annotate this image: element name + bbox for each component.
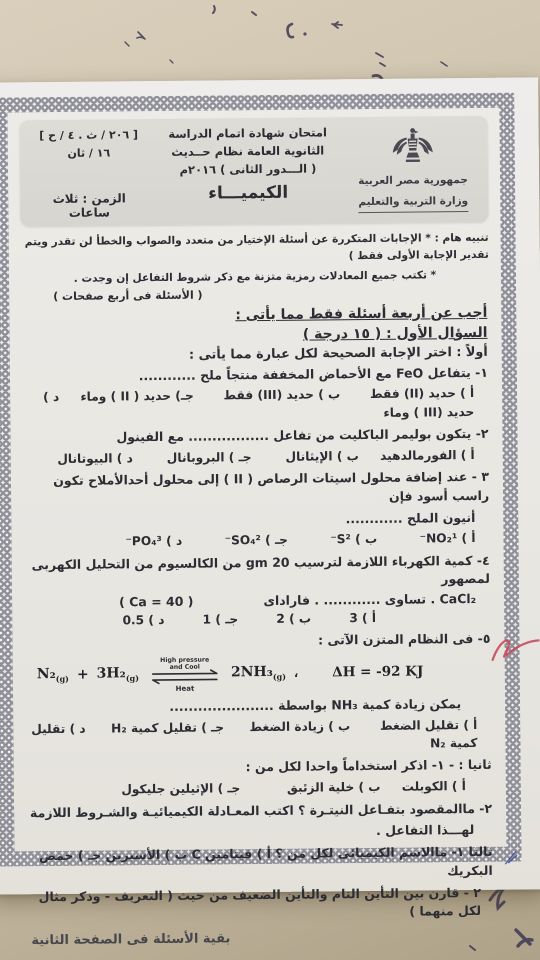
equation-h2: 3H₂ bbox=[97, 666, 126, 682]
egypt-eagle-icon bbox=[390, 125, 436, 169]
mcq2-options: أ ) الفورمالدهيد ب ) الإيثانال جـ ) البر… bbox=[21, 446, 475, 469]
ministry-name: وزارة التربية والتعليم bbox=[358, 194, 468, 213]
exam-paper: جمهورية مصر العربية وزارة التربية والتعل… bbox=[0, 77, 540, 894]
exam-page-content: جمهورية مصر العربية وزارة التربية والتعل… bbox=[17, 114, 496, 845]
mcq4-options: أ ) 3 ب ) 2 جـ ) 1 د ) 0.5 bbox=[22, 608, 476, 631]
mcq5-options: أ ) تقليل الضغط ب ) زيادة الضغط جـ ) تقل… bbox=[23, 716, 477, 757]
authority-block: جمهورية مصر العربية وزارة التربية والتعل… bbox=[348, 123, 479, 217]
second-q2-line2: لهـــذا التفاعل . bbox=[28, 821, 474, 844]
arrow-label-top-2: and Cool bbox=[170, 664, 200, 671]
enthalpy-value: ΔH = -92 KJ bbox=[332, 664, 423, 681]
equilibrium-arrow-icon: High pressure and Cool Heat bbox=[147, 654, 223, 695]
answer-instruction: أجب عن أربعة أسئلة فقط مما يأتى : bbox=[23, 305, 487, 325]
second-q2-line1: ٢- ماالمقصود بتفـاعل النيتـرة ؟ اكتب الم… bbox=[28, 799, 492, 822]
mcq5-question: ٥- فى النظام المتزن الآتى : bbox=[26, 630, 490, 653]
question-one-header: السؤال الأول : ( ١٥ درجة ) bbox=[23, 325, 487, 345]
equation-comma: ، bbox=[294, 665, 298, 680]
equation-rhs: 2NH₃ bbox=[231, 664, 273, 680]
part-second-header: ثانيا : - ١- اذكر استخداماً واحدا لكل من… bbox=[28, 756, 492, 779]
blue-pen-mark bbox=[504, 850, 520, 866]
mcq4-atomic-mass-note: ( Ca = 40 ) bbox=[119, 594, 193, 610]
part-first-header: أولاً : اختر الإجابة الصحيحة لكل عبارة م… bbox=[24, 345, 488, 364]
arrow-label-bottom: Heat bbox=[176, 685, 195, 693]
exam-session-line: ( الـــدور الثانى ) ٢٠١٦م bbox=[148, 160, 348, 180]
exam-title-block: امتحان شهادة اتمام الدراسة الثانوية العا… bbox=[148, 124, 349, 219]
mcq3-question-cont: أنيون الملح ............ bbox=[25, 509, 475, 532]
second-q1-options: أ ) الكوبلت ب ) خلية الزئبق جـ ) الإثيلي… bbox=[24, 777, 466, 800]
mcq3-question: ٣ - عند إضافة محلول اسيتات الرصاص ( II )… bbox=[25, 468, 489, 510]
paper-code: [ ٢٠٦ / ث . ٤ / ح ] bbox=[30, 126, 148, 145]
equation-state-1: (g) bbox=[56, 674, 69, 684]
mcq4-question: ٤- كمية الكهرباء اللازمة لترسيب 20 gm من… bbox=[26, 551, 490, 593]
mcq4-formula-line: CaCl₂ . تساوى ............ . فاراداى bbox=[263, 591, 476, 608]
exam-system-line: الثانوية العامة نظام حــديث bbox=[148, 142, 348, 162]
equation-state-2: (g) bbox=[126, 673, 139, 683]
exam-duration: الزمن : ثلاث ساعات bbox=[30, 191, 148, 220]
exam-certificate-line: امتحان شهادة اتمام الدراسة bbox=[148, 124, 348, 144]
mcq2-question: ٢- يتكون بوليمر الباكليت من تفاعل ......… bbox=[24, 425, 488, 448]
equation-state-3: (g) bbox=[273, 672, 286, 682]
authority-name: جمهورية مصر العربية bbox=[348, 173, 478, 190]
pages-note: ( الأسئلة فى أربع صفحات ) bbox=[53, 285, 491, 302]
equation-n2: N₂ bbox=[37, 666, 56, 682]
notice-line-1: تنبيه هام : * الإجابات المتكررة عن أسئلة… bbox=[21, 230, 489, 269]
mcq5-question-cont: يمكن زيادة كمية NH₃ بواسطة .............… bbox=[27, 695, 461, 718]
mcq1-question: ١- يتفاعل FeO مع الأحماض المخففة منتجاً … bbox=[24, 364, 488, 387]
equation-plus: + bbox=[77, 667, 89, 683]
part-third-q1: ثالثا ١- ماالاسم الكيميائى لكل من ؟ أ ) … bbox=[28, 843, 492, 885]
paper-code-block: [ ٢٠٦ / ث . ٤ / ح ] ١٦ / ثان الزمن : ثلا… bbox=[30, 126, 149, 220]
mcq1-options: أ ) حديد (II) فقط ب ) حديد (III) فقط جـ)… bbox=[20, 384, 474, 425]
notice-line-2: * تكتب جميع المعادلات رمزية متزنة مع ذكر… bbox=[21, 266, 489, 288]
red-pen-mark bbox=[489, 633, 540, 667]
part-third-q2: ٢ - قارن بين التأين التام والتأين الضعيف… bbox=[29, 883, 481, 925]
header-box: جمهورية مصر العربية وزارة التربية والتعل… bbox=[19, 116, 488, 227]
equilibrium-equation: N₂(g) + 3H₂(g) High pressure and Cool He… bbox=[37, 652, 424, 696]
session-code: ١٦ / ثان bbox=[30, 144, 148, 163]
mcq4-question-cont: CaCl₂ . تساوى ............ . فاراداى ( C… bbox=[22, 591, 476, 610]
mcq3-options: أ ) NO₂¹⁻ ب ) S²⁻ جـ ) SO₄²⁻ د ) PO₄³⁻ bbox=[21, 529, 475, 552]
ornamental-border: جمهورية مصر العربية وزارة التربية والتعل… bbox=[0, 93, 522, 867]
page-footer-note: بقية الأسئلة فى الصفحة الثانية bbox=[31, 929, 497, 948]
subject-title: الكيميـــاء bbox=[148, 183, 348, 205]
